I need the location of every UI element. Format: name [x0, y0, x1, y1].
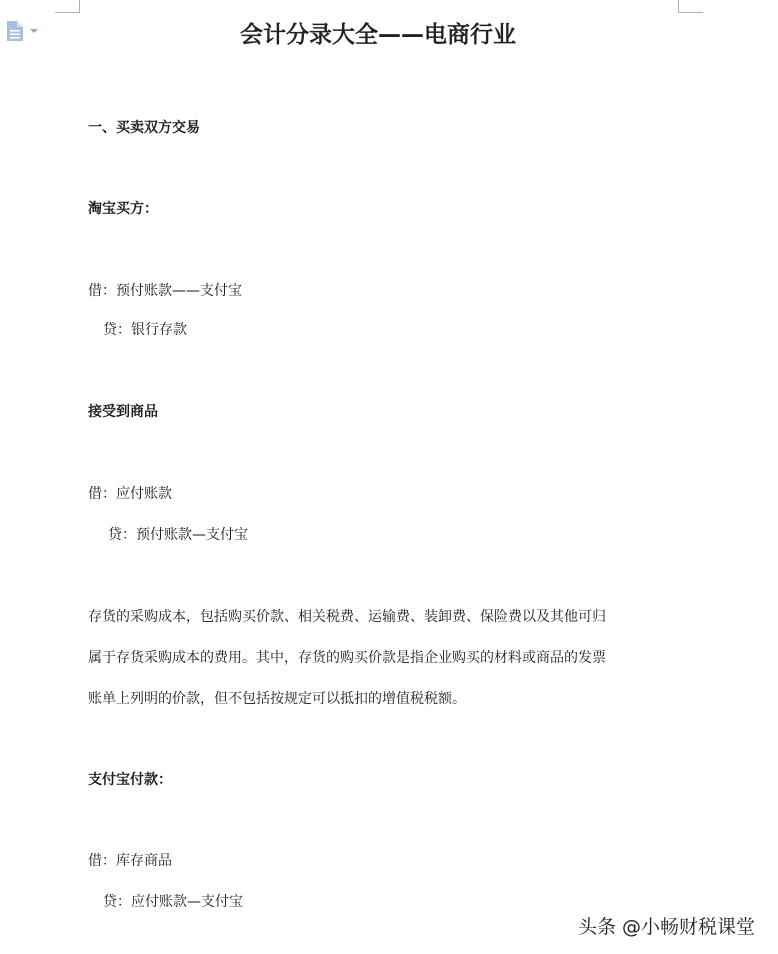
page-corner-mark-left — [55, 0, 80, 13]
document-title: 会计分录大全——电商行业 — [0, 16, 756, 49]
alipay-payment-label: 支付宝付款： — [88, 770, 172, 790]
entry3-debit: 借：库存商品 — [88, 851, 172, 871]
paragraph-line-3: 账单上列明的价款，但不包括按规定可以抵扣的增值税税额。 — [88, 689, 466, 709]
section-heading: 一、买卖双方交易 — [88, 118, 200, 138]
entry2-debit: 借：应付账款 — [88, 484, 172, 504]
watermark: 头条 @小畅财税课堂 — [578, 912, 755, 939]
paragraph-line-2: 属于存货采购成本的费用。其中，存货的购买价款是指企业购买的材料或商品的发票 — [88, 648, 606, 668]
paragraph-line-1: 存货的采购成本，包括购买价款、相关税费、运输费、装卸费、保险费以及其他可归 — [88, 607, 606, 627]
entry2-credit: 贷：预付账款—支付宝 — [108, 525, 248, 545]
entry3-credit: 贷：应付账款—支付宝 — [103, 892, 243, 912]
entry1-debit: 借：预付账款——支付宝 — [88, 281, 242, 301]
page-corner-mark-right — [678, 0, 703, 13]
entry1-credit: 贷：银行存款 — [103, 320, 187, 340]
receive-goods-label: 接受到商品 — [88, 402, 158, 422]
taobao-buyer-label: 淘宝买方： — [88, 199, 158, 219]
